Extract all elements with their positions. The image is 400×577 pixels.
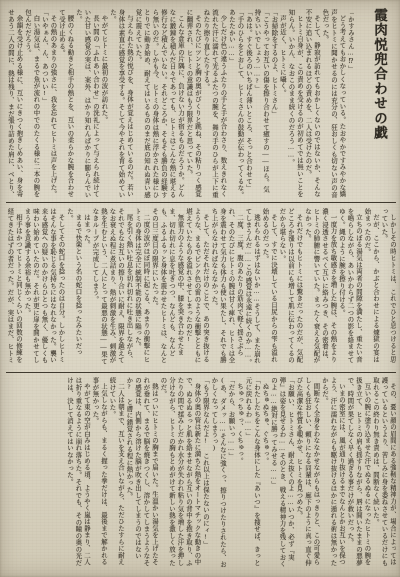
- text-paragraph: そして、静寂が訪れてもおかしくないのではないか、そんな不安に追い込まれるほどの責…: [303, 9, 320, 198]
- text-paragraph: ヒトミ自身が、この責めを受けるのが初めてでは無いことを知らん。いかん、なおこのま…: [286, 9, 303, 198]
- text-paragraph: やがて東の空が白みはじめる頃、ようやく嵐は静まり、二人は折り重なるように崩れ落ち…: [65, 377, 91, 570]
- text-paragraph: (あ、ダメッ……そんなに強くっ、擦りつけたりされたら、おかしくなってしまうっ): [209, 377, 226, 570]
- text-paragraph: その、憂い顔の眉間にある強靭な精神力が、場合によっては護っているというより、苦し…: [371, 377, 397, 570]
- text-paragraph: 二人は朝まで、互いを支え合いながら、ただひたすらに耐え続けていた。: [107, 377, 124, 570]
- text-paragraph: ちゅっちゅっ、くちゅっ。: [235, 377, 244, 570]
- text-paragraph: 「わたしたちをこんな身体にした『あいつ』を捜せば、きっと元に戻れるわ……」: [243, 377, 260, 570]
- text-paragraph: 「だから、お願いっ……」: [226, 377, 235, 570]
- text-paragraph: こんな倉庫の片隅に、負けない力が宿るものだろうか。どんなに鍛錬を積んだ日々であっ…: [133, 9, 184, 198]
- text-paragraph: 上気しながらも、まるく握った拳だけは、最後まで解かれる事が無かった。: [90, 377, 107, 570]
- text-paragraph: 長い間の「ふれあい合わせ」の洗礼によって与えられ続けていた甘い感覚の実は、案外、…: [74, 9, 100, 198]
- text-paragraph: どう考えてもおかしくなっている。たおやかですみやかな嬌声をヒトミに聞かせるのには…: [320, 9, 346, 198]
- text-paragraph: 身体の奥の管は新たに満ちた熱をオートマチックな動きの中で、ぬるぬるっと肌を絡ませ…: [158, 377, 201, 570]
- text-paragraph: 互いの腕に塗り込ませた汗でぬるぬるになったヒトミの腕を扱き立て、ヒトミの肩も揺す…: [345, 377, 371, 570]
- text-paragraph: 立ちのぼる湯気は両者の間隙を満たし、重たい音を鳴らしながら、あいかわらず二つの影…: [337, 208, 363, 368]
- text-paragraph: 逃れられるはずはないか……そうして、また崩れてしまうんだ……この感覚は永遠に続く…: [243, 208, 260, 368]
- text-paragraph: 無重力のような感覚の中、膝を突き合わせたまま、切れ切れに息を吐きつつ、なんども、…: [150, 208, 184, 368]
- text-paragraph: 「かすみさん…⁉」: [346, 9, 355, 198]
- text-paragraph: その熱のあまりの強さに、我を忘れてヒトミは声を上げた。: [48, 9, 57, 198]
- text-paragraph: 二度の波がほぼ同時に起こる、あまりの衝撃にヒトミの身体は完全に統制不能の状態に陥…: [133, 208, 150, 368]
- text-paragraph: それだけでもヒトミには驚きだったのだが、気配どころか漲りは以前にも増して肌に伝わ…: [277, 208, 303, 368]
- text-paragraph: そして、すでに決壊している目尻からの雫も溢れ始めるのだった。: [260, 208, 277, 368]
- text-paragraph: 「こうやってお互いの傷を擦り合わせて癒すの――ほら。気持ちいいでしょう……?」: [252, 9, 269, 198]
- text-paragraph: 「もう限界なんだよ! これ以上は保たないのにィ!」: [201, 377, 210, 570]
- book-page: 霞肉悦兜合わせの戯 「かすみさん…⁉」どう考えてもおかしくなっている。たおやかで…: [0, 0, 400, 577]
- text-paragraph: やがてヒトミに最初の波が訪れた。: [99, 9, 108, 198]
- text-paragraph: 声が近く、ヒトミに囁く。: [278, 9, 287, 198]
- text-paragraph: 余韻を受け止める様に、互いにきつく抱きしめあい、身を寄せあう二人の間に、熱は残り…: [8, 9, 23, 198]
- text-paragraph: 「お願い、ヒトミさん、耐え抜くのよ……いつか、必ず『実弾』は姿を見せるわ……その…: [269, 377, 295, 570]
- text-paragraph: はまった。: [82, 208, 91, 368]
- text-paragraph: 尾を引く熱い吐息を切れ切れに吐き出しながら、それでもなお互いの擦り合いに耐え、限…: [90, 208, 133, 368]
- text-paragraph: 腰のくねる動きと相手の熱とを、互いの柔らかな腕を合わせて受け止める。: [57, 9, 74, 198]
- text-paragraph: 相手はかつてヒトミと同じくらいの回数の修練を経てきたはずの者だった。だが、実はま…: [7, 208, 22, 368]
- text-section-bottom: その、憂い顔の眉間にある強靭な精神力が、場合によっては護っているというより、苦し…: [7, 377, 396, 570]
- text-paragraph: だが、ここから、かぶと合わせによる煉獄の宴は始まったのだ。: [362, 208, 379, 368]
- text-section-top: 「かすみさん…⁉」どう考えてもおかしくなっている。たおやかですみやかな嬌声をヒト…: [8, 9, 354, 198]
- text-paragraph: そしてその蛇口を捻ったのは自分。しかしヒトミはそんな事を恥じる気持ちにはなれなか…: [22, 208, 65, 368]
- text-paragraph: そして、ただそれだけのことで、あの突き抜けるような、まるでピンク色の雷のような衝…: [184, 208, 210, 368]
- text-paragraph: 二度、三度、腹のあたりの筋肉で軽く揺さぶられ、そのたびにヒトミの腕は甘く痺れ、ヒ…: [209, 208, 243, 368]
- text-paragraph: 間断なく全身をわななかせながらもはっきりと、この可愛らしくも狂おしい、頼りになる…: [294, 377, 320, 570]
- text-paragraph: 「あは。すぐ後ろのいちばん薄いところ、そっと合わせて」: [244, 9, 253, 198]
- text-paragraph: 「お掃除をするのよ、ヒトミさん」: [269, 9, 278, 198]
- text-paragraph: 熱はついにヒトミの胸まで届いた。生温かい湯気を上げたそれが垂れて、まるで脳を焼き…: [124, 377, 158, 570]
- text-paragraph: 「手のひらをとおして、ヒトミさんの鼓動が伝わってくるな。あたたかい……」: [227, 9, 244, 198]
- text-paragraph: 少しだけ色の違うふたりの手と手が合わさり、数えきれなく流れた汗に濡れて光るふたつ…: [201, 9, 227, 198]
- text-paragraph: しかしその時ヒトミは、これでひと息つけると思っていた。: [379, 208, 396, 368]
- text-paragraph: 与えられた熱の悦びを、身体が覚えはじめているのだ。若い身体は素直に感覚を享受する…: [108, 9, 134, 198]
- text-paragraph: そのたびにツンと胸の奥がびくりと跳ね、その粘りつく感覚に翻弄され、ヒトミの意識は…: [184, 9, 201, 198]
- section-divider: [6, 202, 396, 203]
- text-paragraph: まるで快楽という名の蛇口を捻ったみたいだった。: [65, 208, 82, 368]
- text-paragraph: 「いやぁん、ん、あついい!」: [40, 9, 49, 198]
- text-paragraph: いまの密室には、風が通り抜けるまでなんとかお互いを保つよう、汗に濡れながらも駆け…: [320, 377, 346, 570]
- text-section-middle: しかしその時ヒトミは、これでひと息つけると思っていた。だが、ここから、かぶと合わ…: [7, 208, 396, 368]
- text-paragraph: 白い湯気は、まるで魚が流れの中でのたくる様に二本の腕を包んだだろう。: [23, 9, 40, 198]
- section-divider: [6, 372, 396, 373]
- text-paragraph: ぬちゅぬちゅ、ぐちゅっ。: [260, 377, 269, 570]
- page-title: 霞肉悦兜合わせの戯: [362, 8, 396, 150]
- text-paragraph: 一度力を放ち敏感さを増した腕は、その熱をより濃く浸透させるべく互いに絡みつき、そ…: [303, 208, 337, 368]
